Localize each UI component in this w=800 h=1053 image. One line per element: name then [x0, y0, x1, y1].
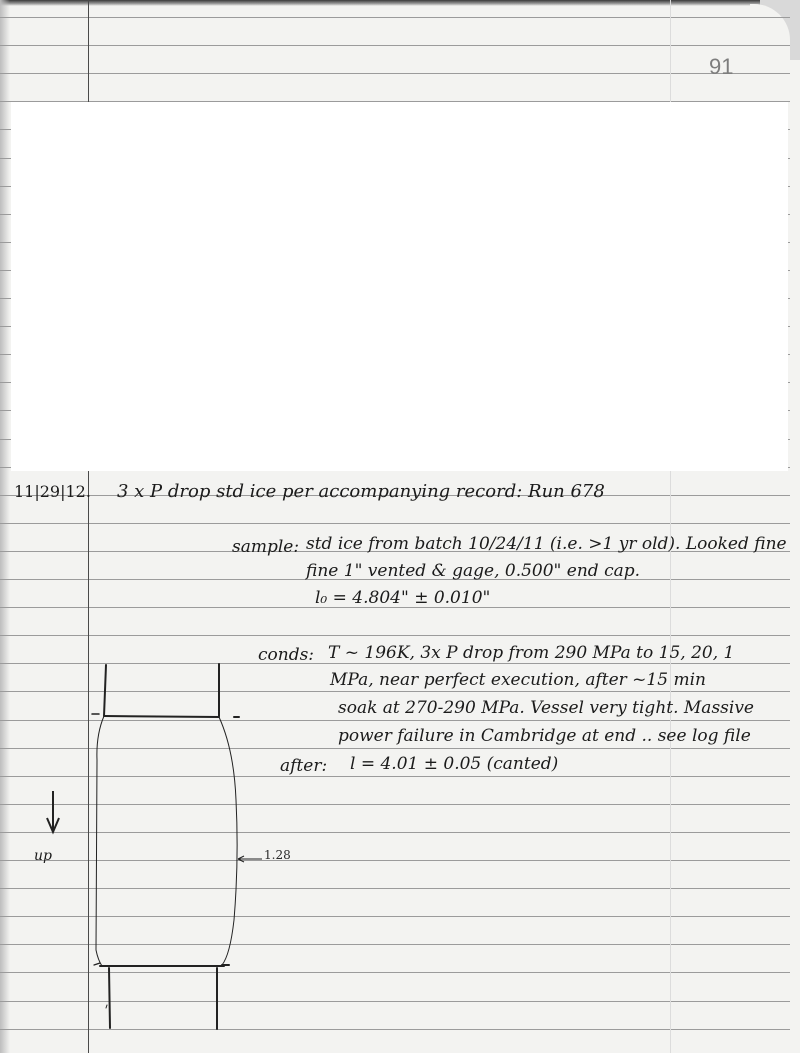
- ruled-line: [0, 45, 790, 46]
- sample-line-3: l₀ = 4.804" ± 0.010": [315, 588, 490, 608]
- down-arrow-icon: [47, 791, 59, 832]
- page-top-edge: [0, 0, 800, 6]
- sample-label: sample:: [232, 537, 299, 557]
- after-line: l = 4.01 ± 0.05 (canted): [350, 754, 558, 774]
- ruled-line: [0, 635, 790, 636]
- entry-title: 3 x P drop std ice per accompanying reco…: [117, 481, 605, 502]
- conds-line-2: MPa, near perfect execution, after ~15 m…: [330, 670, 706, 690]
- direction-label: up: [34, 848, 52, 864]
- conds-line-3: soak at 270-290 MPa. Vessel very tight. …: [338, 698, 754, 718]
- sample-line-2: fine 1" vented & gage, 0.500" end cap.: [306, 561, 640, 581]
- conds-line-1: T ~ 196K, 3x P drop from 290 MPa to 15, …: [328, 643, 734, 663]
- redacted-region: [11, 102, 788, 471]
- conds-line-4: power failure in Cambridge at end .. see…: [338, 726, 751, 746]
- ruled-line: [0, 523, 790, 524]
- ruled-line: [0, 73, 790, 74]
- ruled-line: [0, 17, 790, 18]
- page-number: 91: [709, 54, 733, 80]
- entry-date: 11|29|12.: [14, 482, 91, 501]
- sample-line-1: std ice from batch 10/24/11 (i.e. >1 yr …: [306, 534, 787, 554]
- diameter-arrow-icon: [238, 856, 262, 862]
- diameter-label: 1.28: [264, 848, 291, 862]
